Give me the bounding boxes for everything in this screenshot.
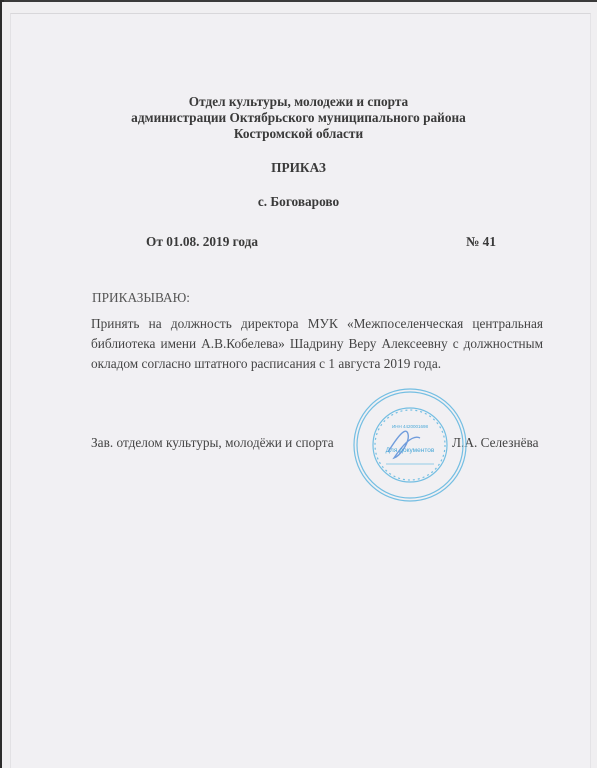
order-number: № 41 bbox=[466, 234, 496, 250]
header-department: Отдел культуры, молодежи и спорта bbox=[0, 94, 597, 110]
doc-type-title: ПРИКАЗ bbox=[0, 160, 597, 176]
header-region: Костромской области bbox=[0, 126, 597, 142]
header-administration: администрации Октябрьского муниципальног… bbox=[0, 110, 597, 126]
order-body: Принять на должность директора МУК «Межп… bbox=[91, 314, 543, 374]
official-stamp: Для документов ИНН 4420001698 bbox=[350, 386, 470, 504]
svg-text:Для документов: Для документов bbox=[386, 447, 435, 454]
signature-position: Зав. отделом культуры, молодёжи и спорта bbox=[91, 435, 334, 451]
order-date: От 01.08. 2019 года bbox=[146, 234, 258, 250]
order-word: ПРИКАЗЫВАЮ: bbox=[92, 290, 190, 306]
svg-text:ИНН 4420001698: ИНН 4420001698 bbox=[392, 424, 429, 429]
place-name: с. Боговарово bbox=[0, 194, 597, 210]
stamp-seal-icon: Для документов ИНН 4420001698 bbox=[350, 386, 470, 504]
